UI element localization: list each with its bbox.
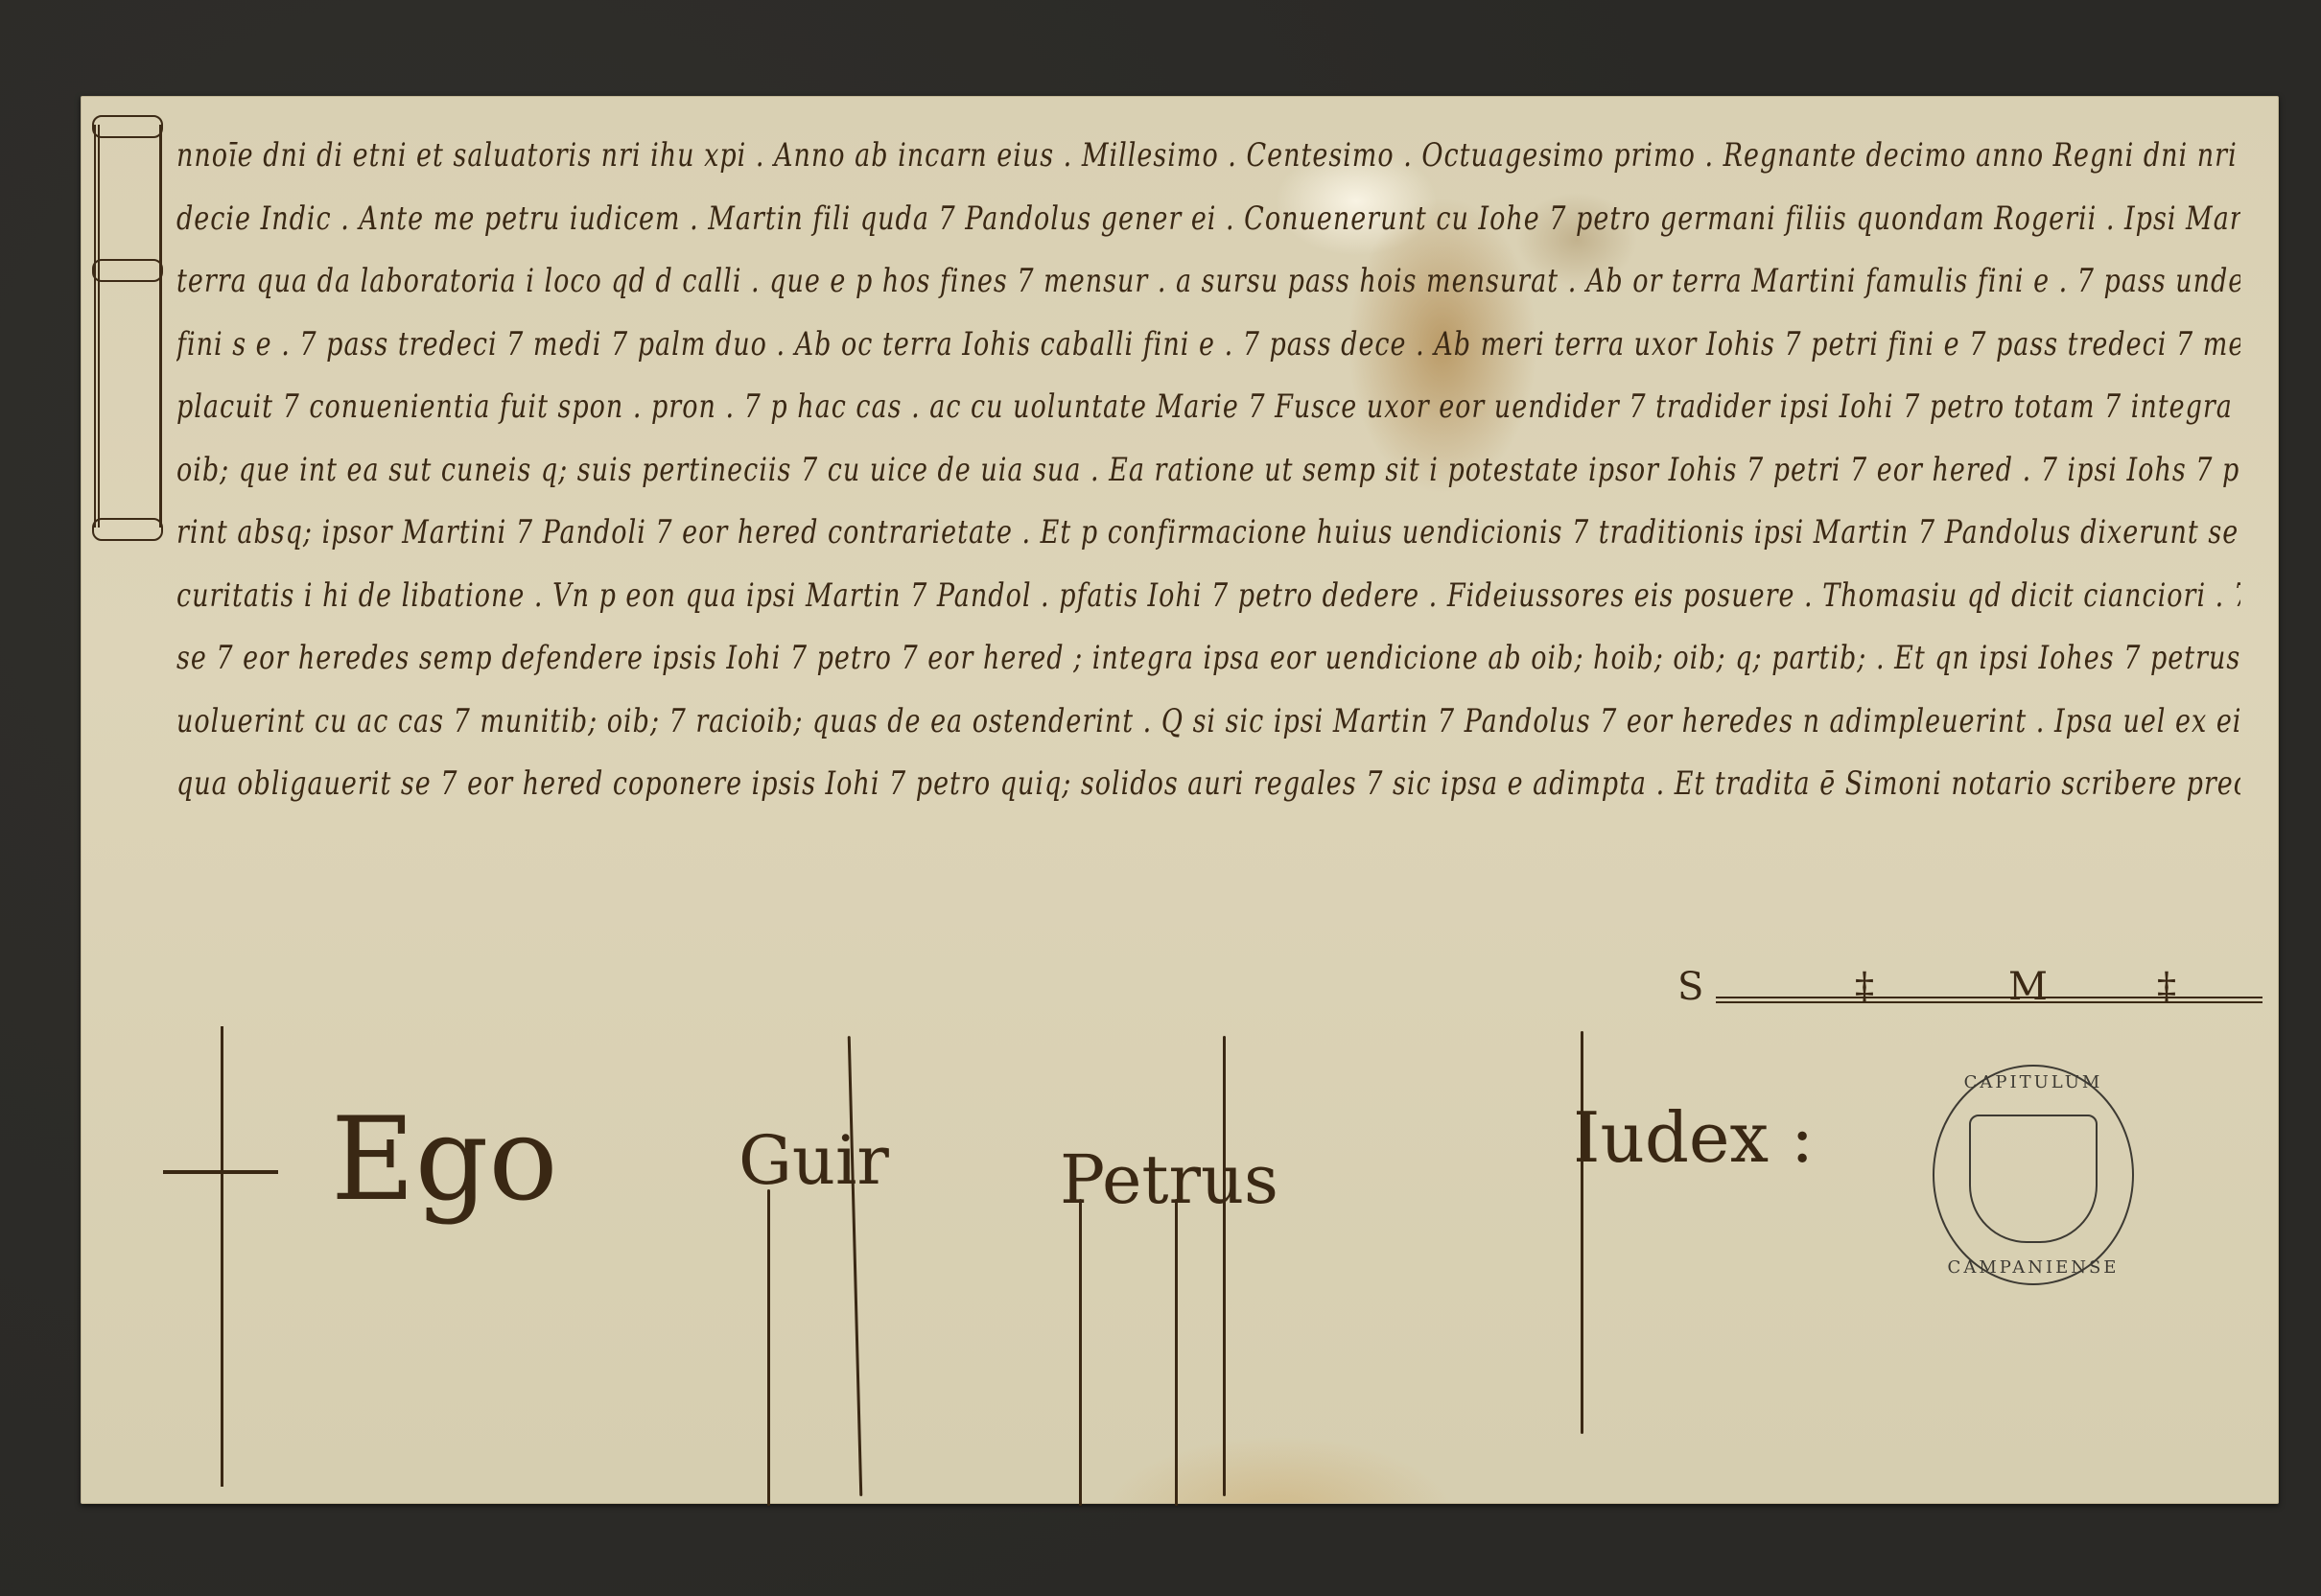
seal-text-top: CAPITULUM	[1934, 1072, 2132, 1092]
signum-cross-bar	[163, 1170, 278, 1174]
decorated-initial-in	[94, 125, 162, 528]
signature-iudex: Iudex :	[1573, 1103, 1814, 1172]
notary-glyph-cross-icon: ‡	[1855, 965, 1874, 1009]
signature-petrus: Petrus	[1060, 1146, 1278, 1213]
signum-cross-icon	[221, 1026, 223, 1487]
notary-sign: S ‡ M ‡	[1677, 973, 2262, 1011]
initial-knot	[92, 259, 163, 282]
seal-text-bottom: CAMPANIENSE	[1934, 1257, 2132, 1278]
signature-ego: Ego	[331, 1103, 558, 1218]
seal-coat-of-arms-icon	[1969, 1115, 2098, 1243]
signature-stroke	[1175, 1199, 1178, 1506]
notary-glyph-m-icon: M	[2008, 965, 2048, 1009]
signature-stroke	[1223, 1036, 1226, 1496]
initial-flourish	[92, 115, 163, 138]
signature-stroke	[1581, 1031, 1583, 1434]
capitulum-campaniense-seal: CAPITULUM CAMPANIENSE	[1933, 1065, 2134, 1285]
signature-stroke	[767, 1189, 770, 1506]
text-line-11: qua obligauerit se 7 eor hered coponere …	[176, 745, 2240, 824]
notary-glyph-s-icon: S	[1677, 965, 1703, 1009]
notary-rule-line	[1716, 997, 2262, 1003]
charter-text-block: nnoīe dni di etni et saluatoris nri ihu …	[176, 125, 2240, 816]
initial-flourish-bottom	[92, 518, 163, 541]
parchment-charter: nnoīe dni di etni et saluatoris nri ihu …	[81, 96, 2279, 1504]
signature-guir: Guir	[738, 1127, 889, 1194]
signature-stroke	[1079, 1199, 1082, 1506]
notary-glyph-cross-icon: ‡	[2157, 965, 2176, 1009]
